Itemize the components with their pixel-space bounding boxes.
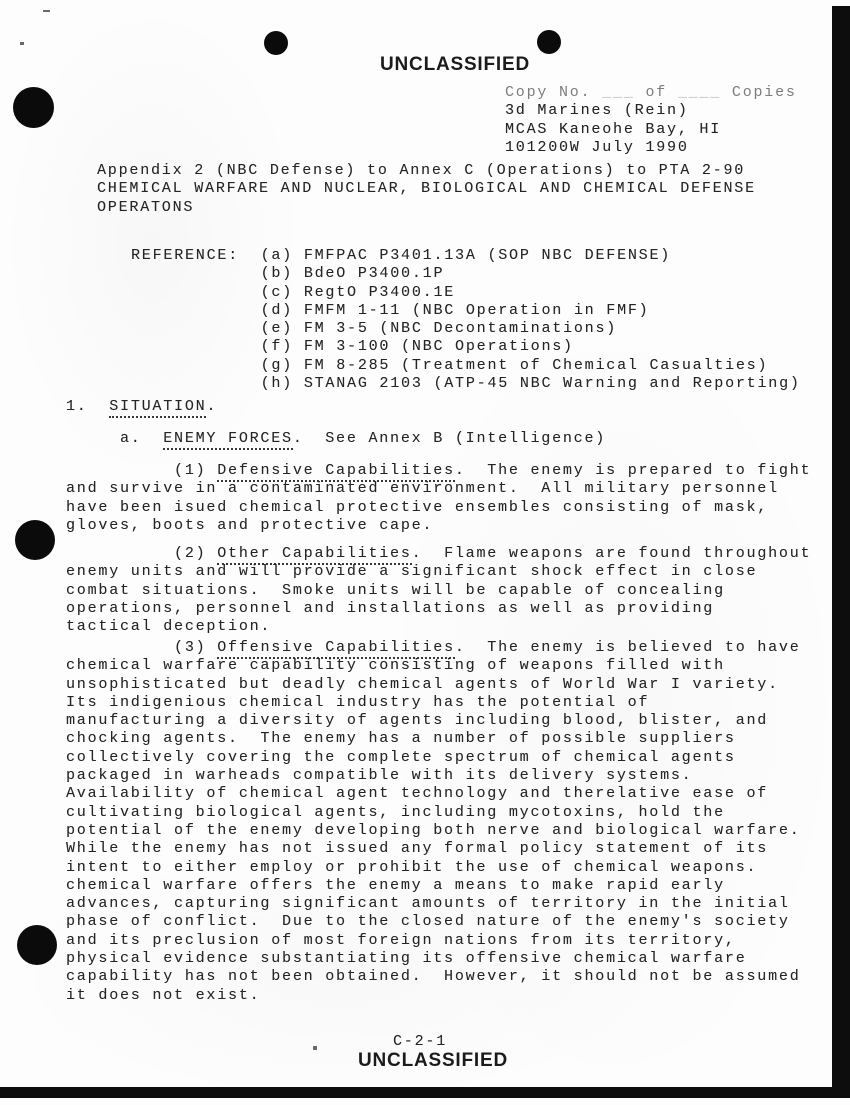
address-block: Copy No. ___ of ____ Copies 3d Marines (… bbox=[505, 84, 797, 157]
reference-list: REFERENCE: (a) FMFPAC P3401.13A (SOP NBC… bbox=[131, 247, 801, 393]
classification-header: UNCLASSIFIED bbox=[380, 54, 530, 76]
scan-edge-bar-bottom bbox=[0, 1087, 850, 1098]
hole-punch-middle bbox=[15, 520, 55, 560]
location-line: MCAS Kaneohe Bay, HI bbox=[505, 121, 721, 138]
registration-dot-top-right bbox=[537, 30, 561, 54]
section-1-situation: 1. SITUATION. bbox=[66, 398, 217, 416]
section-1a-heading: ENEMY FORCES bbox=[163, 430, 293, 450]
appendix-title: Appendix 2 (NBC Defense) to Annex C (Ope… bbox=[97, 162, 756, 217]
scanned-document-page: UNCLASSIFIED Copy No. ___ of ____ Copies… bbox=[0, 0, 850, 1105]
registration-dot-top-left bbox=[264, 31, 288, 55]
unit-line: 3d Marines (Rein) bbox=[505, 102, 689, 119]
paragraph-2-heading: Other Capabilities bbox=[217, 545, 411, 565]
paragraph-3-heading: Offensive Capabilities bbox=[217, 639, 455, 659]
section-1-heading: SITUATION bbox=[109, 398, 206, 418]
paragraph-other-capabilities: (2) Other Capabilities. Flame weapons ar… bbox=[66, 545, 811, 636]
paragraph-offensive-capabilities: (3) Offensive Capabilities. The enemy is… bbox=[66, 639, 801, 1005]
copy-number-line: Copy No. ___ of ____ Copies bbox=[505, 84, 797, 101]
paragraph-defensive-capabilities: (1) Defensive Capabilities. The enemy is… bbox=[66, 462, 811, 535]
page-number: C-2-1 bbox=[393, 1033, 447, 1051]
hole-punch-bottom bbox=[17, 925, 57, 965]
copy-number-blank: ___ bbox=[602, 84, 634, 101]
date-time-group: 101200W July 1990 bbox=[505, 139, 689, 156]
classification-footer: UNCLASSIFIED bbox=[358, 1050, 508, 1072]
scan-speck bbox=[20, 42, 24, 45]
paragraph-1-heading: Defensive Capabilities bbox=[217, 462, 455, 482]
hole-punch-top bbox=[13, 87, 54, 128]
copies-blank: ____ bbox=[678, 84, 721, 101]
scan-edge-bar-right bbox=[832, 6, 850, 1098]
scan-speck bbox=[43, 10, 50, 12]
scan-speck bbox=[313, 1046, 317, 1050]
section-1a-enemy-forces: a. ENEMY FORCES. See Annex B (Intelligen… bbox=[66, 430, 606, 448]
